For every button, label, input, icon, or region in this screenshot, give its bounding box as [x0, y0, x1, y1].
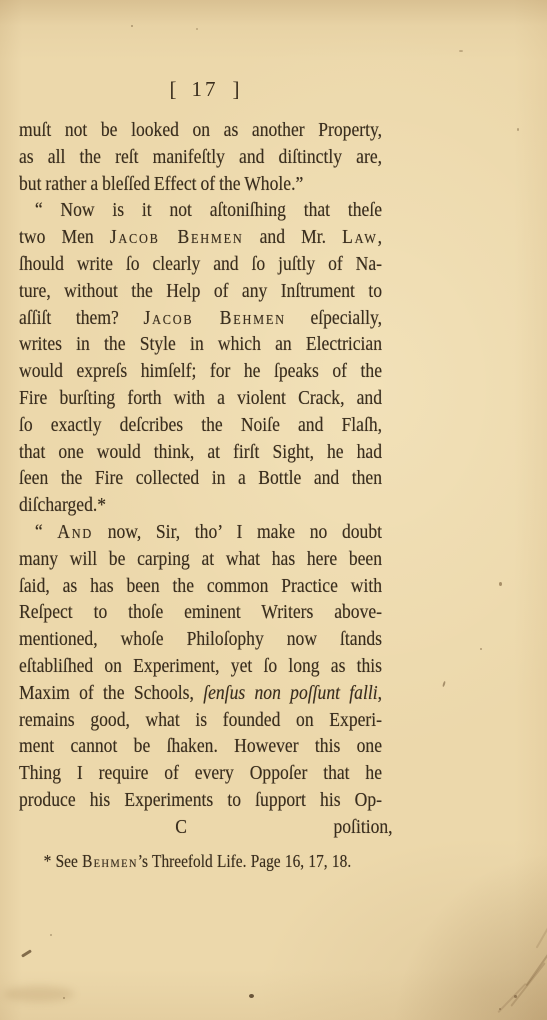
- text-segment: now, Sir, tho’ I make no doubt: [93, 521, 382, 543]
- text-line: two Men Jacob Behmen and Mr. Law,: [19, 224, 382, 251]
- body-lines: muſt not be looked on as another Propert…: [19, 117, 382, 814]
- text-segment: writes in the Style in which an Electric…: [19, 333, 382, 355]
- paper-speck: [249, 994, 254, 998]
- paper-speck: [196, 28, 198, 30]
- text-segment: would expreſs himſelf; for he ſpeaks of …: [19, 360, 382, 382]
- text-segment: ſhould write ſo clearly and ſo juſtly of…: [19, 253, 382, 275]
- small-caps-text: Behmen: [82, 851, 138, 871]
- paper-speck: [517, 128, 519, 131]
- text-segment: many will be carping at what has here be…: [19, 548, 382, 570]
- text-segment: eſpecially,: [286, 307, 382, 329]
- text-segment: and Mr.: [244, 226, 343, 248]
- text-line: muſt not be looked on as another Propert…: [19, 117, 382, 144]
- paper-mark: [21, 949, 32, 957]
- paper-speck: [131, 25, 133, 27]
- text-line: ſeen the Fire collected in a Bottle and …: [19, 465, 382, 492]
- text-segment: mentioned, whoſe Philoſophy now ſtands: [19, 628, 382, 650]
- text-segment: as all the reſt manifeſtly and diſtinctl…: [19, 146, 382, 168]
- text-segment: Thing I require of every Oppoſer that he: [19, 762, 382, 784]
- text-segment: remains good, what is founded on Experi-: [19, 709, 382, 731]
- text-segment: ’s Threefold Life. Page 16, 17, 18.: [138, 851, 351, 871]
- text-line: remains good, what is founded on Experi-: [19, 707, 382, 734]
- text-line: “ Now is it not aſtoniſhing that theſe: [19, 197, 382, 224]
- text-segment: diſcharged.*: [19, 494, 106, 516]
- text-segment: eſtabliſhed on Experiment, yet ſo long a…: [19, 655, 382, 677]
- italic-text: ſenſus non poſſunt falli: [203, 682, 377, 704]
- footnote: * See Behmen’s Threefold Life. Page 16, …: [19, 849, 382, 873]
- text-line: ſo exactly deſcribes the Noiſe and Flaſh…: [19, 412, 382, 439]
- signature-mark: C: [175, 814, 187, 841]
- text-segment: ſeen the Fire collected in a Bottle and …: [19, 467, 382, 489]
- text-line: produce his Experiments to ſupport his O…: [19, 787, 382, 814]
- text-line: writes in the Style in which an Electric…: [19, 331, 382, 358]
- text-segment: ſo exactly deſcribes the Noiſe and Flaſh…: [19, 414, 382, 436]
- paper-speck: [442, 681, 446, 687]
- text-line: ſhould write ſo clearly and ſo juſtly of…: [19, 251, 382, 278]
- text-segment: Reſpect to thoſe eminent Writers above-: [19, 601, 382, 623]
- body-text: muſt not be looked on as another Propert…: [19, 117, 382, 873]
- show-through-smudge: [4, 986, 74, 1002]
- text-line: Reſpect to thoſe eminent Writers above-: [19, 599, 382, 626]
- paper-speck: [499, 582, 502, 586]
- text-segment: produce his Experiments to ſupport his O…: [19, 789, 382, 811]
- book-page-scan: [17] muſt not be looked on as another Pr…: [0, 0, 547, 1020]
- text-line: but rather a bleſſed Effect of the Whole…: [19, 171, 382, 198]
- text-line: aſſiſt them? Jacob Behmen eſpecially,: [19, 305, 382, 332]
- text-segment: ture, without the Help of any Inſtrument…: [19, 280, 382, 302]
- text-segment: but rather a bleſſed Effect of the Whole…: [19, 173, 303, 195]
- text-line: eſtabliſhed on Experiment, yet ſo long a…: [19, 653, 382, 680]
- footnote-text: * See Behmen’s Threefold Life. Page 16, …: [44, 851, 352, 871]
- text-segment: Fire burſting forth with a violent Crack…: [19, 387, 382, 409]
- text-line: that one would think, at firſt Sight, he…: [19, 439, 382, 466]
- text-line: as all the reſt manifeſtly and diſtinctl…: [19, 144, 382, 171]
- paper-speck: [459, 50, 463, 52]
- text-segment: ment cannot be ſhaken. However this one: [19, 735, 382, 757]
- small-caps-text: Jacob Behmen: [144, 307, 286, 329]
- text-line: ſaid, as has been the common Practice wi…: [19, 573, 382, 600]
- page-number-close-bracket: ]: [233, 76, 241, 102]
- small-caps-text: Jacob Behmen: [110, 226, 244, 248]
- small-caps-text: Law: [342, 226, 378, 248]
- text-line: “ And now, Sir, tho’ I make no doubt: [19, 519, 382, 546]
- text-line: mentioned, whoſe Philoſophy now ſtands: [19, 626, 382, 653]
- page-number-open-bracket: [: [170, 76, 178, 102]
- text-segment: Maxim of the Schools,: [19, 682, 203, 704]
- text-segment: aſſiſt them?: [19, 307, 144, 329]
- text-segment: “ Now is it not aſtoniſhing that theſe: [35, 199, 382, 221]
- text-line: would expreſs himſelf; for he ſpeaks of …: [19, 358, 382, 385]
- text-line: diſcharged.*: [19, 492, 382, 519]
- page-number-value: 17: [192, 76, 219, 102]
- text-line: ment cannot be ſhaken. However this one: [19, 733, 382, 760]
- catchword: poſition,: [333, 814, 392, 841]
- text-segment: two Men: [19, 226, 110, 248]
- paper-speck: [50, 934, 52, 936]
- text-line: Maxim of the Schools, ſenſus non poſſunt…: [19, 680, 382, 707]
- text-line: ture, without the Help of any Inſtrument…: [19, 278, 382, 305]
- small-caps-text: And: [57, 521, 93, 543]
- signature-line: C poſition,: [19, 814, 382, 841]
- text-line: Thing I require of every Oppoſer that he: [19, 760, 382, 787]
- text-segment: muſt not be looked on as another Propert…: [19, 119, 382, 141]
- text-segment: “: [35, 521, 57, 543]
- corner-stain: [417, 870, 547, 1020]
- text-segment: ,: [378, 226, 382, 248]
- text-segment: that one would think, at firſt Sight, he…: [19, 441, 382, 463]
- text-segment: * See: [44, 851, 82, 871]
- text-segment: ,: [378, 682, 382, 704]
- paper-speck: [480, 648, 482, 650]
- text-segment: ſaid, as has been the common Practice wi…: [19, 575, 382, 597]
- text-line: many will be carping at what has here be…: [19, 546, 382, 573]
- text-line: Fire burſting forth with a violent Crack…: [19, 385, 382, 412]
- page-number: [17]: [19, 76, 391, 102]
